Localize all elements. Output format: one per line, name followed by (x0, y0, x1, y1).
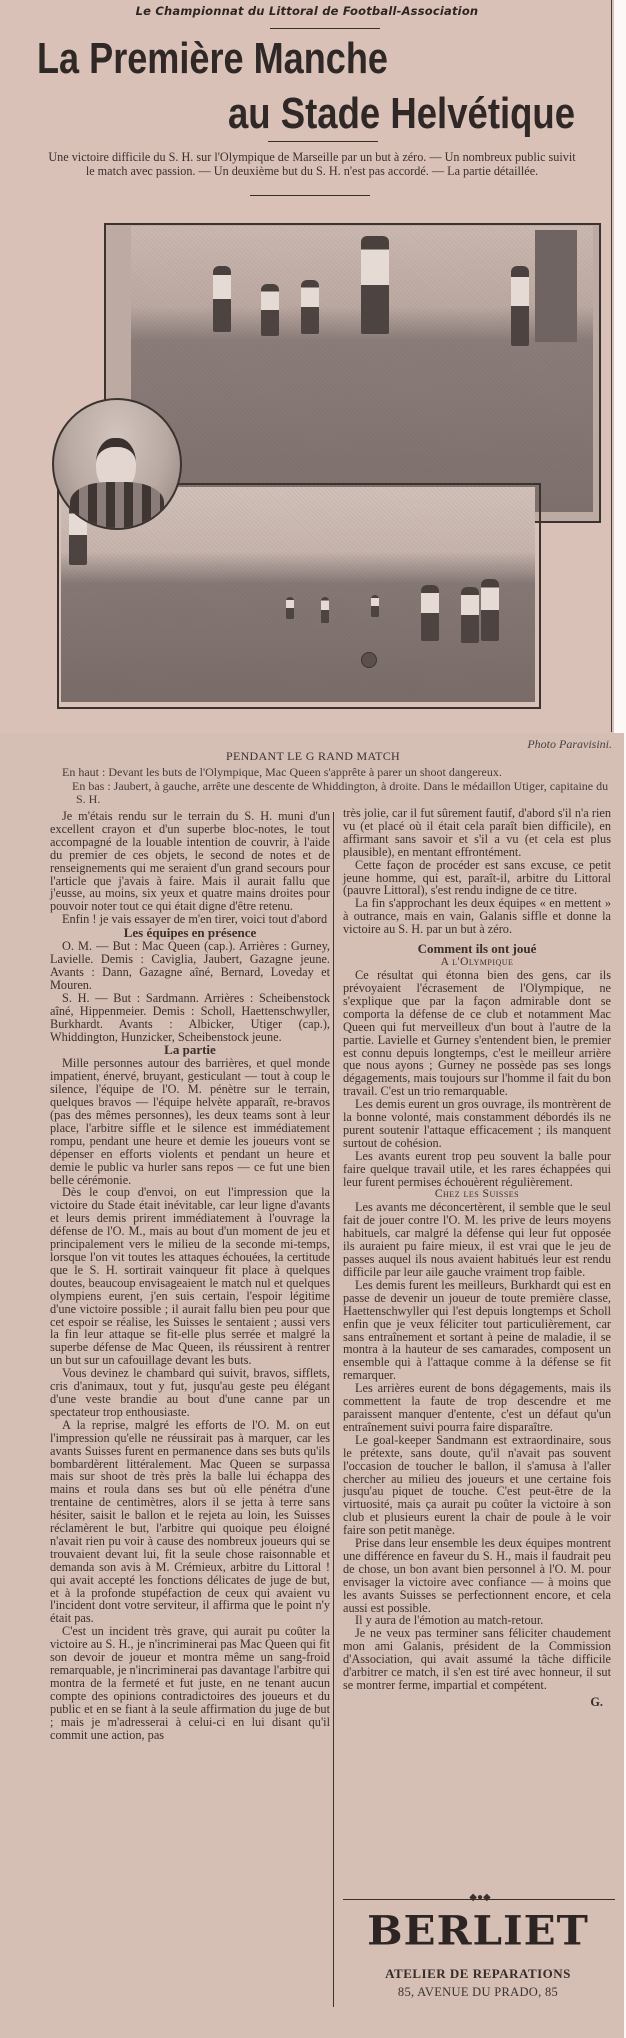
section-heading-teams: Les équipes en présence (50, 926, 330, 940)
paragraph: Le goal-keeper Sandmann est extraordinai… (343, 1434, 611, 1537)
photo-match-top (131, 226, 593, 512)
ad-address: 85, AVENUE DU PRADO, 85 (343, 1985, 613, 2000)
caption-line: En bas : Jaubert, à gauche, arrête une d… (62, 780, 614, 807)
kicker-headline: Le Championnat du Littoral de Football-A… (0, 4, 614, 18)
paragraph: très jolie, car il fut sûrement fautif, … (343, 807, 611, 859)
section-heading-match: La partie (50, 1043, 330, 1057)
article-column-left: Je m'étais rendu sur le terrain du S. H.… (50, 810, 330, 1741)
column-divider (333, 812, 334, 2007)
player-figure (511, 266, 529, 346)
portrait-medallion (52, 398, 182, 530)
caption-title: PENDANT LE G RAND MATCH (0, 749, 626, 764)
paragraph: Vous devinez le chambard qui suivit, bra… (50, 1367, 330, 1419)
striped-jersey (70, 482, 164, 530)
player-figure (213, 266, 231, 332)
paragraph: Les avants eurent trop peu souvent la ba… (343, 1150, 611, 1189)
article-column-right: très jolie, car il fut sûrement fautif, … (343, 807, 611, 1709)
paragraph: Les demis eurent un gros ouvrage, ils mo… (343, 1098, 611, 1150)
ad-tagline: ATELIER DE REPARATIONS (343, 1966, 613, 1982)
paragraph: Je m'étais rendu sur le terrain du S. H.… (50, 810, 330, 913)
frame-border-right (611, 0, 612, 732)
paragraph: Les avants me déconcertèrent, il semble … (343, 1201, 611, 1278)
ornament-icon: ◆●◆ (465, 1893, 495, 1903)
goal-post (535, 230, 577, 342)
paragraph: Les arrières eurent de bons dégagements,… (343, 1382, 611, 1434)
photo-caption: En haut : Devant les buts de l'Olympique… (62, 766, 614, 807)
headline-line-2: au Stade Helvétique (228, 92, 575, 136)
paragraph-sh-lineup: S. H. — But : Sardmann. Arrières : Schei… (50, 992, 330, 1044)
paragraph-om-lineup: O. M. — But : Mac Queen (cap.). Arrières… (50, 940, 330, 992)
paragraph: Prise dans leur ensemble les deux équipe… (343, 1537, 611, 1614)
paragraph: Je ne veux pas terminer sans féliciter c… (343, 1627, 611, 1692)
paragraph: Ce résultat qui étonna bien des gens, ca… (343, 969, 611, 1098)
subheadline: Une victoire difficile du S. H. sur l'Ol… (44, 150, 580, 178)
rule-divider (250, 195, 370, 196)
paragraph: La fin s'approchant les deux équipes « e… (343, 897, 611, 936)
paragraph: Dès le coup d'envoi, on eut l'impression… (50, 1186, 330, 1367)
rule-divider (268, 141, 378, 142)
player-figure (261, 284, 279, 336)
player-figure (301, 280, 319, 334)
paragraph: Les demis furent les meilleurs, Burkhard… (343, 1279, 611, 1382)
author-signature: G. (343, 1696, 611, 1709)
caption-line: En haut : Devant les buts de l'Olympique… (62, 766, 614, 780)
section-heading-how-they-played: Comment ils ont joué (343, 942, 611, 956)
ad-brand-name: BERLIET (343, 1911, 613, 1951)
paragraph: A la reprise, malgré les efforts de l'O.… (50, 1419, 330, 1626)
rule-divider (270, 28, 380, 29)
player-figure (361, 236, 389, 334)
paragraph: Cette façon de procéder est sans excuse,… (343, 859, 611, 898)
paragraph: Mille personnes autour des barrières, et… (50, 1057, 330, 1186)
paragraph: C'est un incident très grave, qui aurait… (50, 1625, 330, 1741)
headline-line-1: La Première Manche (37, 37, 388, 81)
